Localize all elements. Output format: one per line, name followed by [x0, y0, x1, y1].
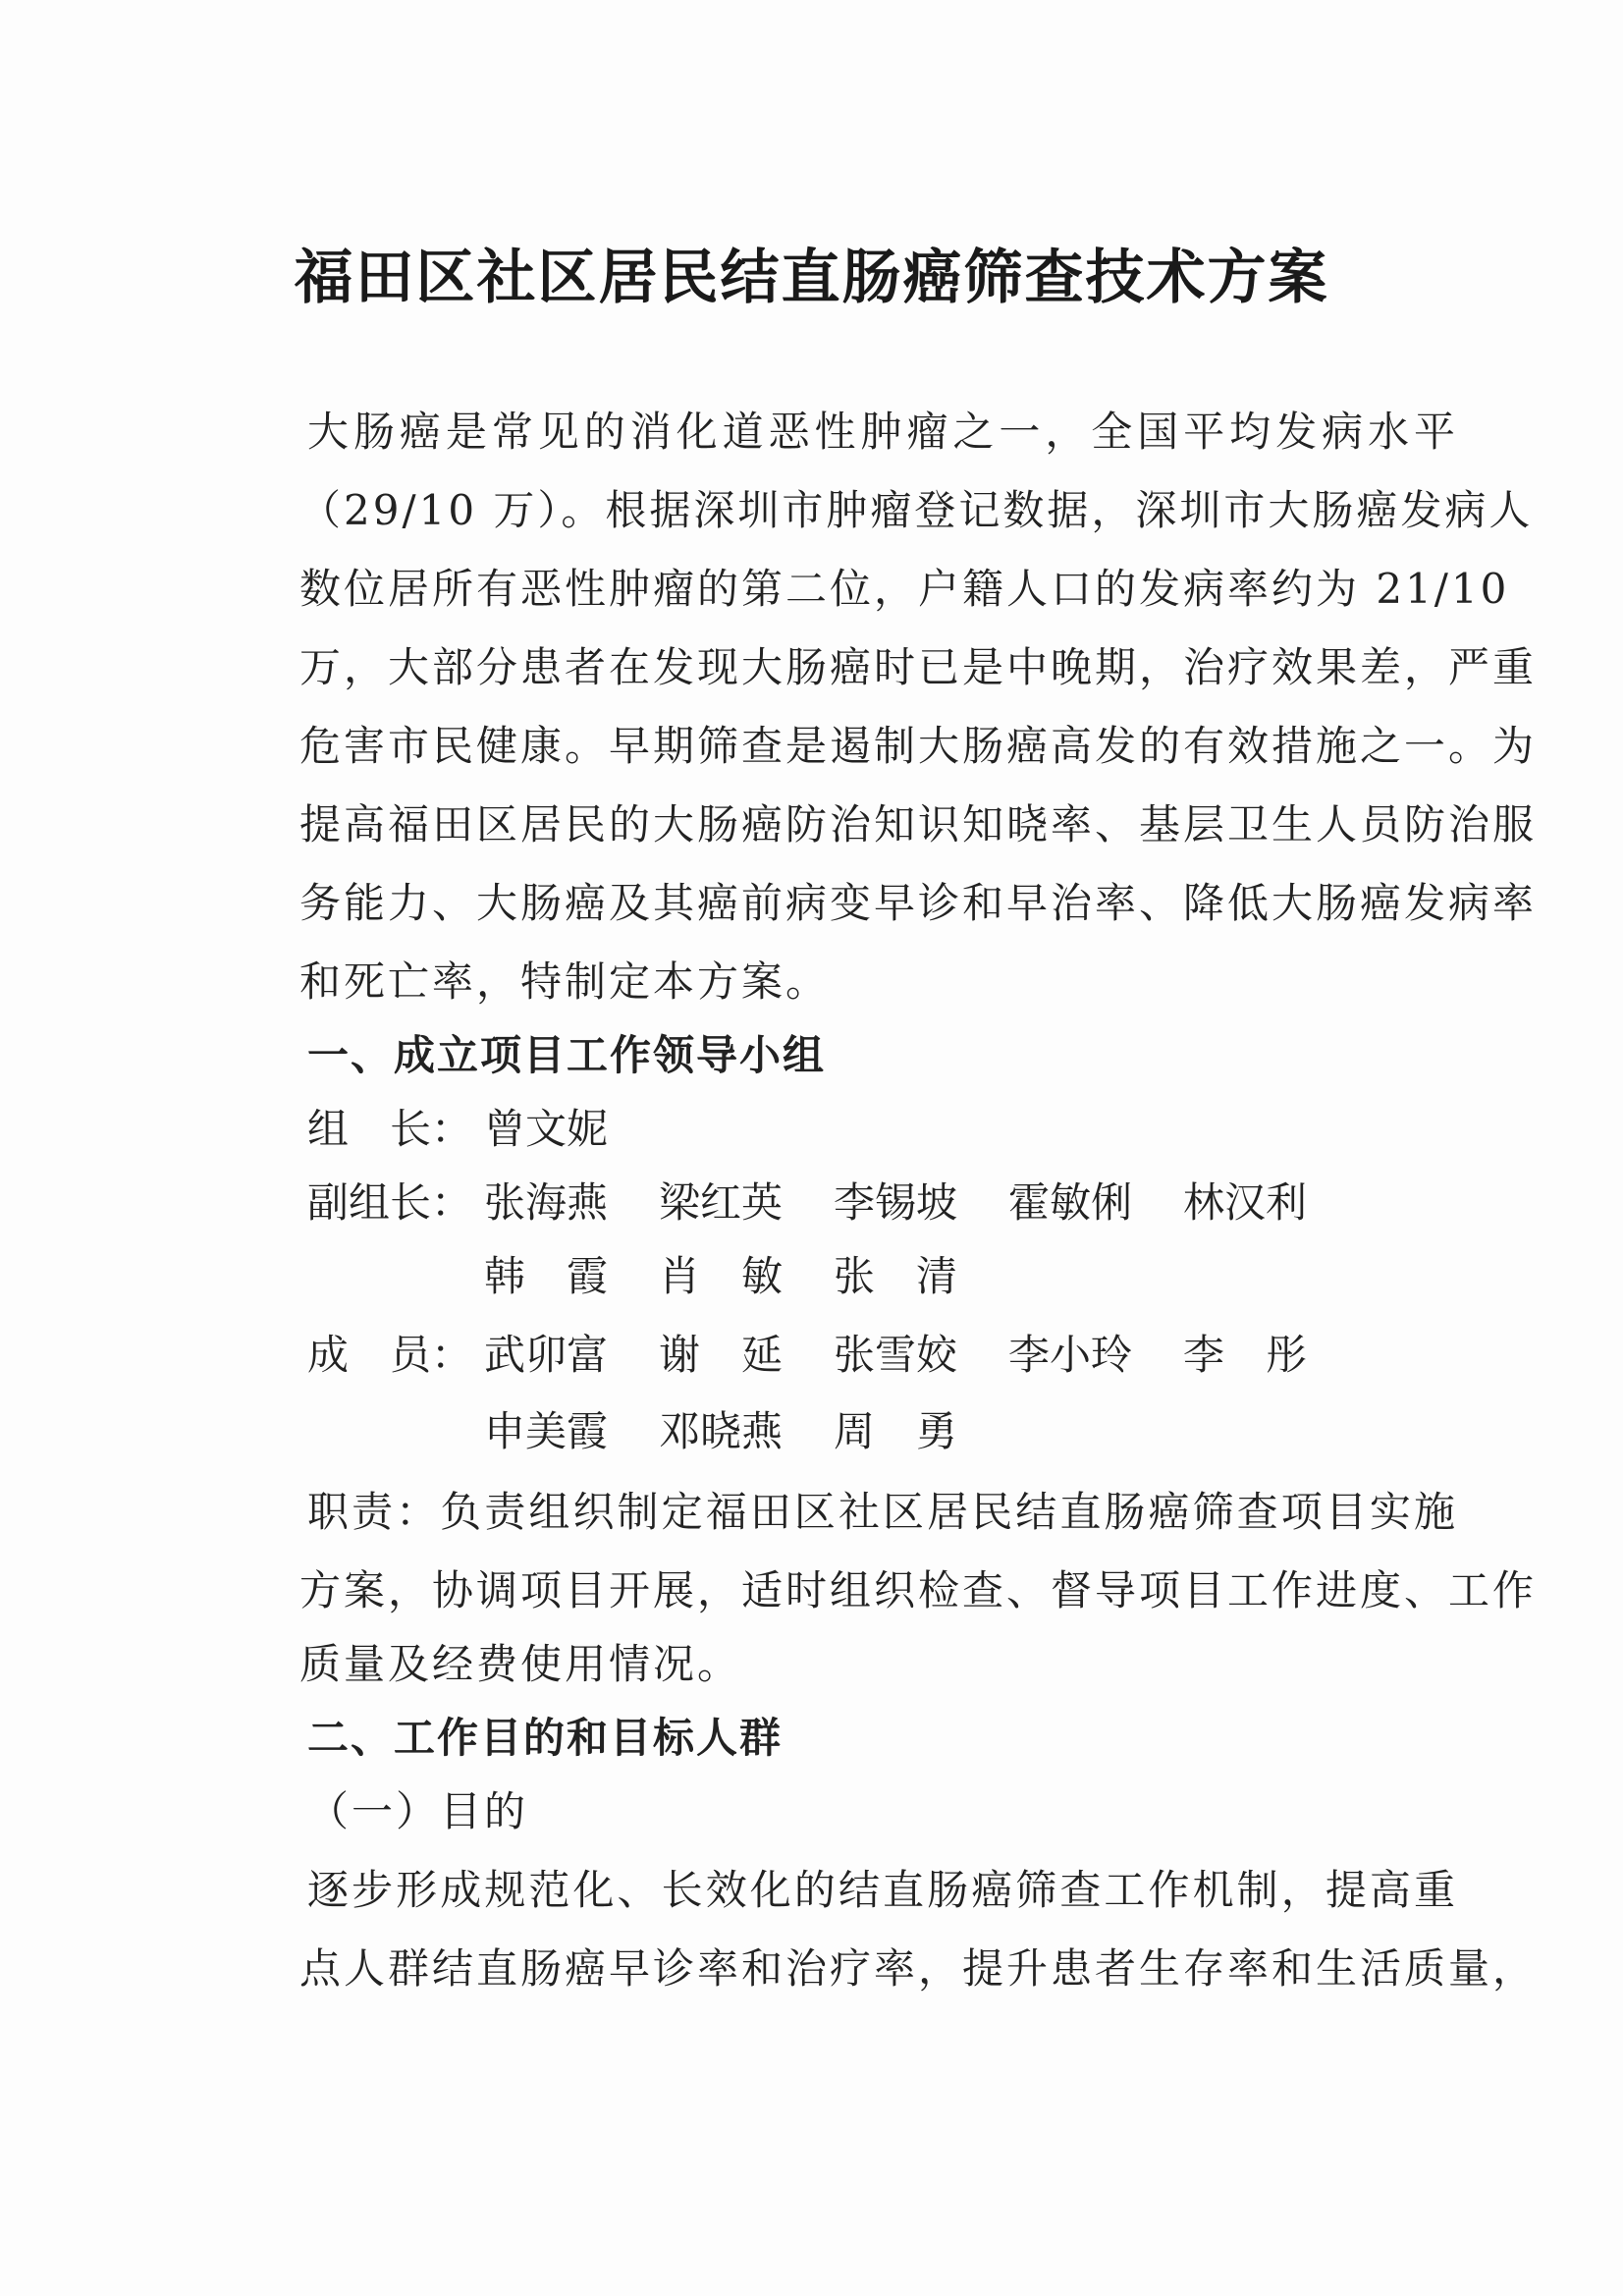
sub1-line-1: 逐步形成规范化、长效化的结直肠癌筛查工作机制，提高重 [307, 1861, 1458, 1920]
member-name: 谢 延 [659, 1326, 834, 1385]
section2-sub1-heading: （一）目的 [307, 1782, 1466, 1841]
duty-line-1: 职责：负责组织制定福田区社区居民结直肠癌筛查项目实施 [307, 1483, 1458, 1542]
member-label: 成 员： [307, 1326, 484, 1385]
leader-name: 曾文妮 [484, 1100, 659, 1159]
deputy-name: 霍敏俐 [1008, 1174, 1183, 1232]
deputy-name: 梁红英 [659, 1174, 834, 1232]
members-row-1: 成 员：武卯富谢 延张雪姣李小玲李 彤 [307, 1326, 1358, 1385]
member-name: 李小玲 [1008, 1326, 1183, 1385]
document-page: 福田区社区居民结直肠癌筛查技术方案 大肠癌是常见的消化道恶性肿瘤之一，全国平均发… [0, 0, 1623, 2296]
sub1-line-2: 点人群结直肠癌早诊率和治疗率，提升患者生存率和生活质量， [299, 1940, 1458, 1998]
intro-line-5: 危害市民健康。早期筛查是遏制大肠癌高发的有效措施之一。为 [299, 717, 1458, 776]
member-name: 邓晓燕 [659, 1402, 834, 1461]
intro-line-4: 万，大部分患者在发现大肠癌时已是中晚期，治疗效果差，严重 [299, 638, 1458, 697]
member-name: 周 勇 [834, 1402, 1008, 1461]
intro-line-3: 数位居所有恶性肿瘤的第二位，户籍人口的发病率约为 21/10 [299, 560, 1458, 619]
section1-heading: 一、成立项目工作领导小组 [307, 1026, 1466, 1085]
deputy-name: 肖 敏 [659, 1247, 834, 1306]
member-name: 张雪姣 [834, 1326, 1008, 1385]
deputy-name: 张 清 [834, 1247, 1008, 1306]
deputies-row-1: 副组长：张海燕梁红英李锡坡霍敏俐林汉利 [307, 1174, 1358, 1232]
intro-line-1: 大肠癌是常见的消化道恶性肿瘤之一，全国平均发病水平 [307, 403, 1458, 462]
leader-label: 组 长： [307, 1100, 484, 1159]
deputy-label: 副组长： [307, 1174, 484, 1232]
deputy-name: 韩 霞 [484, 1247, 659, 1306]
intro-line-7: 务能力、大肠癌及其癌前病变早诊和早治率、降低大肠癌发病率 [299, 874, 1458, 933]
leader-row: 组 长：曾文妮 [307, 1100, 659, 1159]
member-name: 李 彤 [1183, 1326, 1358, 1385]
deputies-row-2: 韩 霞肖 敏张 清 [307, 1247, 1008, 1306]
duty-line-3: 质量及经费使用情况。 [299, 1635, 1458, 1694]
deputy-name: 李锡坡 [834, 1174, 1008, 1232]
member-name: 武卯富 [484, 1326, 659, 1385]
duty-line-2: 方案，协调项目开展，适时组织检查、督导项目工作进度、工作 [299, 1561, 1458, 1620]
document-title: 福田区社区居民结直肠癌筛查技术方案 [0, 239, 1623, 317]
section2-heading: 二、工作目的和目标人群 [307, 1709, 1466, 1768]
intro-line-2: （29/10 万）。根据深圳市肿瘤登记数据，深圳市大肠癌发病人 [299, 481, 1458, 540]
members-row-2: 申美霞邓晓燕周 勇 [307, 1402, 1008, 1461]
deputy-name: 张海燕 [484, 1174, 659, 1232]
intro-line-6: 提高福田区居民的大肠癌防治知识知晓率、基层卫生人员防治服 [299, 795, 1458, 854]
member-name: 申美霞 [484, 1402, 659, 1461]
deputy-name: 林汉利 [1183, 1174, 1358, 1232]
intro-line-8: 和死亡率，特制定本方案。 [299, 953, 1458, 1011]
